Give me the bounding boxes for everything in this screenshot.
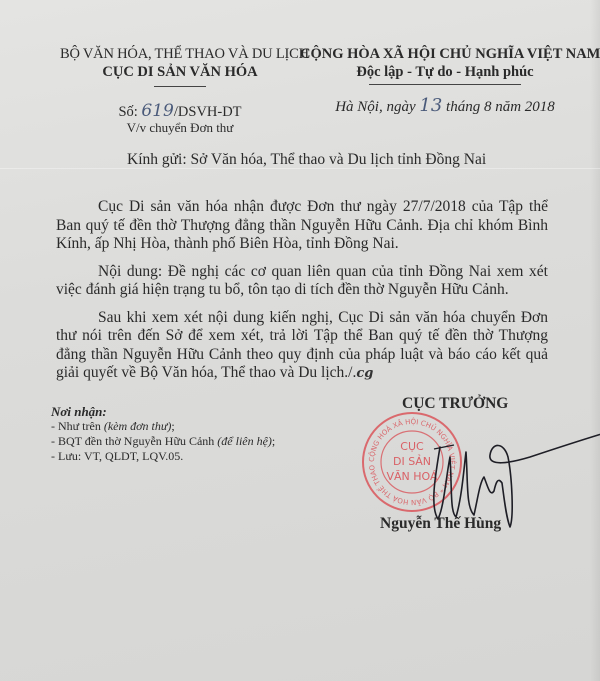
distribution-item: - Như trên (kèm đơn thư); xyxy=(51,419,275,434)
distribution-title: Nơi nhận: xyxy=(51,404,275,419)
signature-block: CỤC TRƯỞNG CỘNG HOÀ XÃ HỘI CHỦ NGHĨA VIỆ… xyxy=(380,395,590,545)
document-subject: V/v chuyển Đơn thư xyxy=(60,120,300,136)
doc-number-suffix: /DSVH-DT xyxy=(174,104,242,120)
body-paragraph: Sau khi xem xét nội dung kiến nghị, Cục … xyxy=(56,309,548,384)
doc-number-handwritten: 619 xyxy=(141,101,173,121)
date-suffix: tháng 8 năm 2018 xyxy=(446,99,555,115)
body-paragraph-text: Sau khi xem xét nội dung kiến nghị, Cục … xyxy=(56,309,548,382)
signer-title: CỤC TRƯỞNG xyxy=(402,395,508,413)
motto-underline xyxy=(369,84,521,85)
issuer-header: BỘ VĂN HÓA, THỂ THAO VÀ DU LỊCH CỤC DI S… xyxy=(60,46,300,136)
document-number: Số: 619/DSVH-DT xyxy=(60,101,300,121)
distribution-list: Nơi nhận: - Như trên (kèm đơn thư); - BQ… xyxy=(51,404,275,464)
ministry-name: BỘ VĂN HÓA, THỂ THAO VÀ DU LỊCH xyxy=(60,46,300,63)
doc-number-label: Số: xyxy=(118,104,137,120)
header-underline xyxy=(154,86,206,87)
national-header: CỘNG HÒA XÃ HỘI CHỦ NGHĨA VIỆT NAM Độc l… xyxy=(300,46,590,116)
document-date: Hà Nội, ngày 13 tháng 8 năm 2018 xyxy=(300,95,590,116)
body-paragraph: Nội dung: Đề nghị các cơ quan liên quan … xyxy=(56,263,548,300)
signer-name: Nguyễn Thế Hùng xyxy=(380,515,501,533)
nation-title: CỘNG HÒA XÃ HỘI CHỦ NGHĨA VIỆT NAM xyxy=(300,46,590,63)
department-name: CỤC DI SẢN VĂN HÓA xyxy=(60,64,300,81)
letter-body: Cục Di sản văn hóa nhận được Đơn thư ngà… xyxy=(56,198,548,393)
addressee-line: Kính gửi: Sở Văn hóa, Thể thao và Du lịc… xyxy=(127,151,486,169)
national-motto: Độc lập - Tự do - Hạnh phúc xyxy=(300,64,590,81)
handwritten-initials: cg xyxy=(356,366,373,381)
page-edge-shadow xyxy=(590,0,600,681)
date-day-handwritten: 13 xyxy=(419,95,442,116)
date-prefix: Hà Nội, ngày xyxy=(335,99,415,115)
distribution-item: - BQT đền thờ Nguyễn Hữu Cảnh (để liên h… xyxy=(51,434,275,449)
body-paragraph: Cục Di sản văn hóa nhận được Đơn thư ngà… xyxy=(56,198,548,254)
distribution-item: - Lưu: VT, QLDT, LQV.05. xyxy=(51,449,275,464)
